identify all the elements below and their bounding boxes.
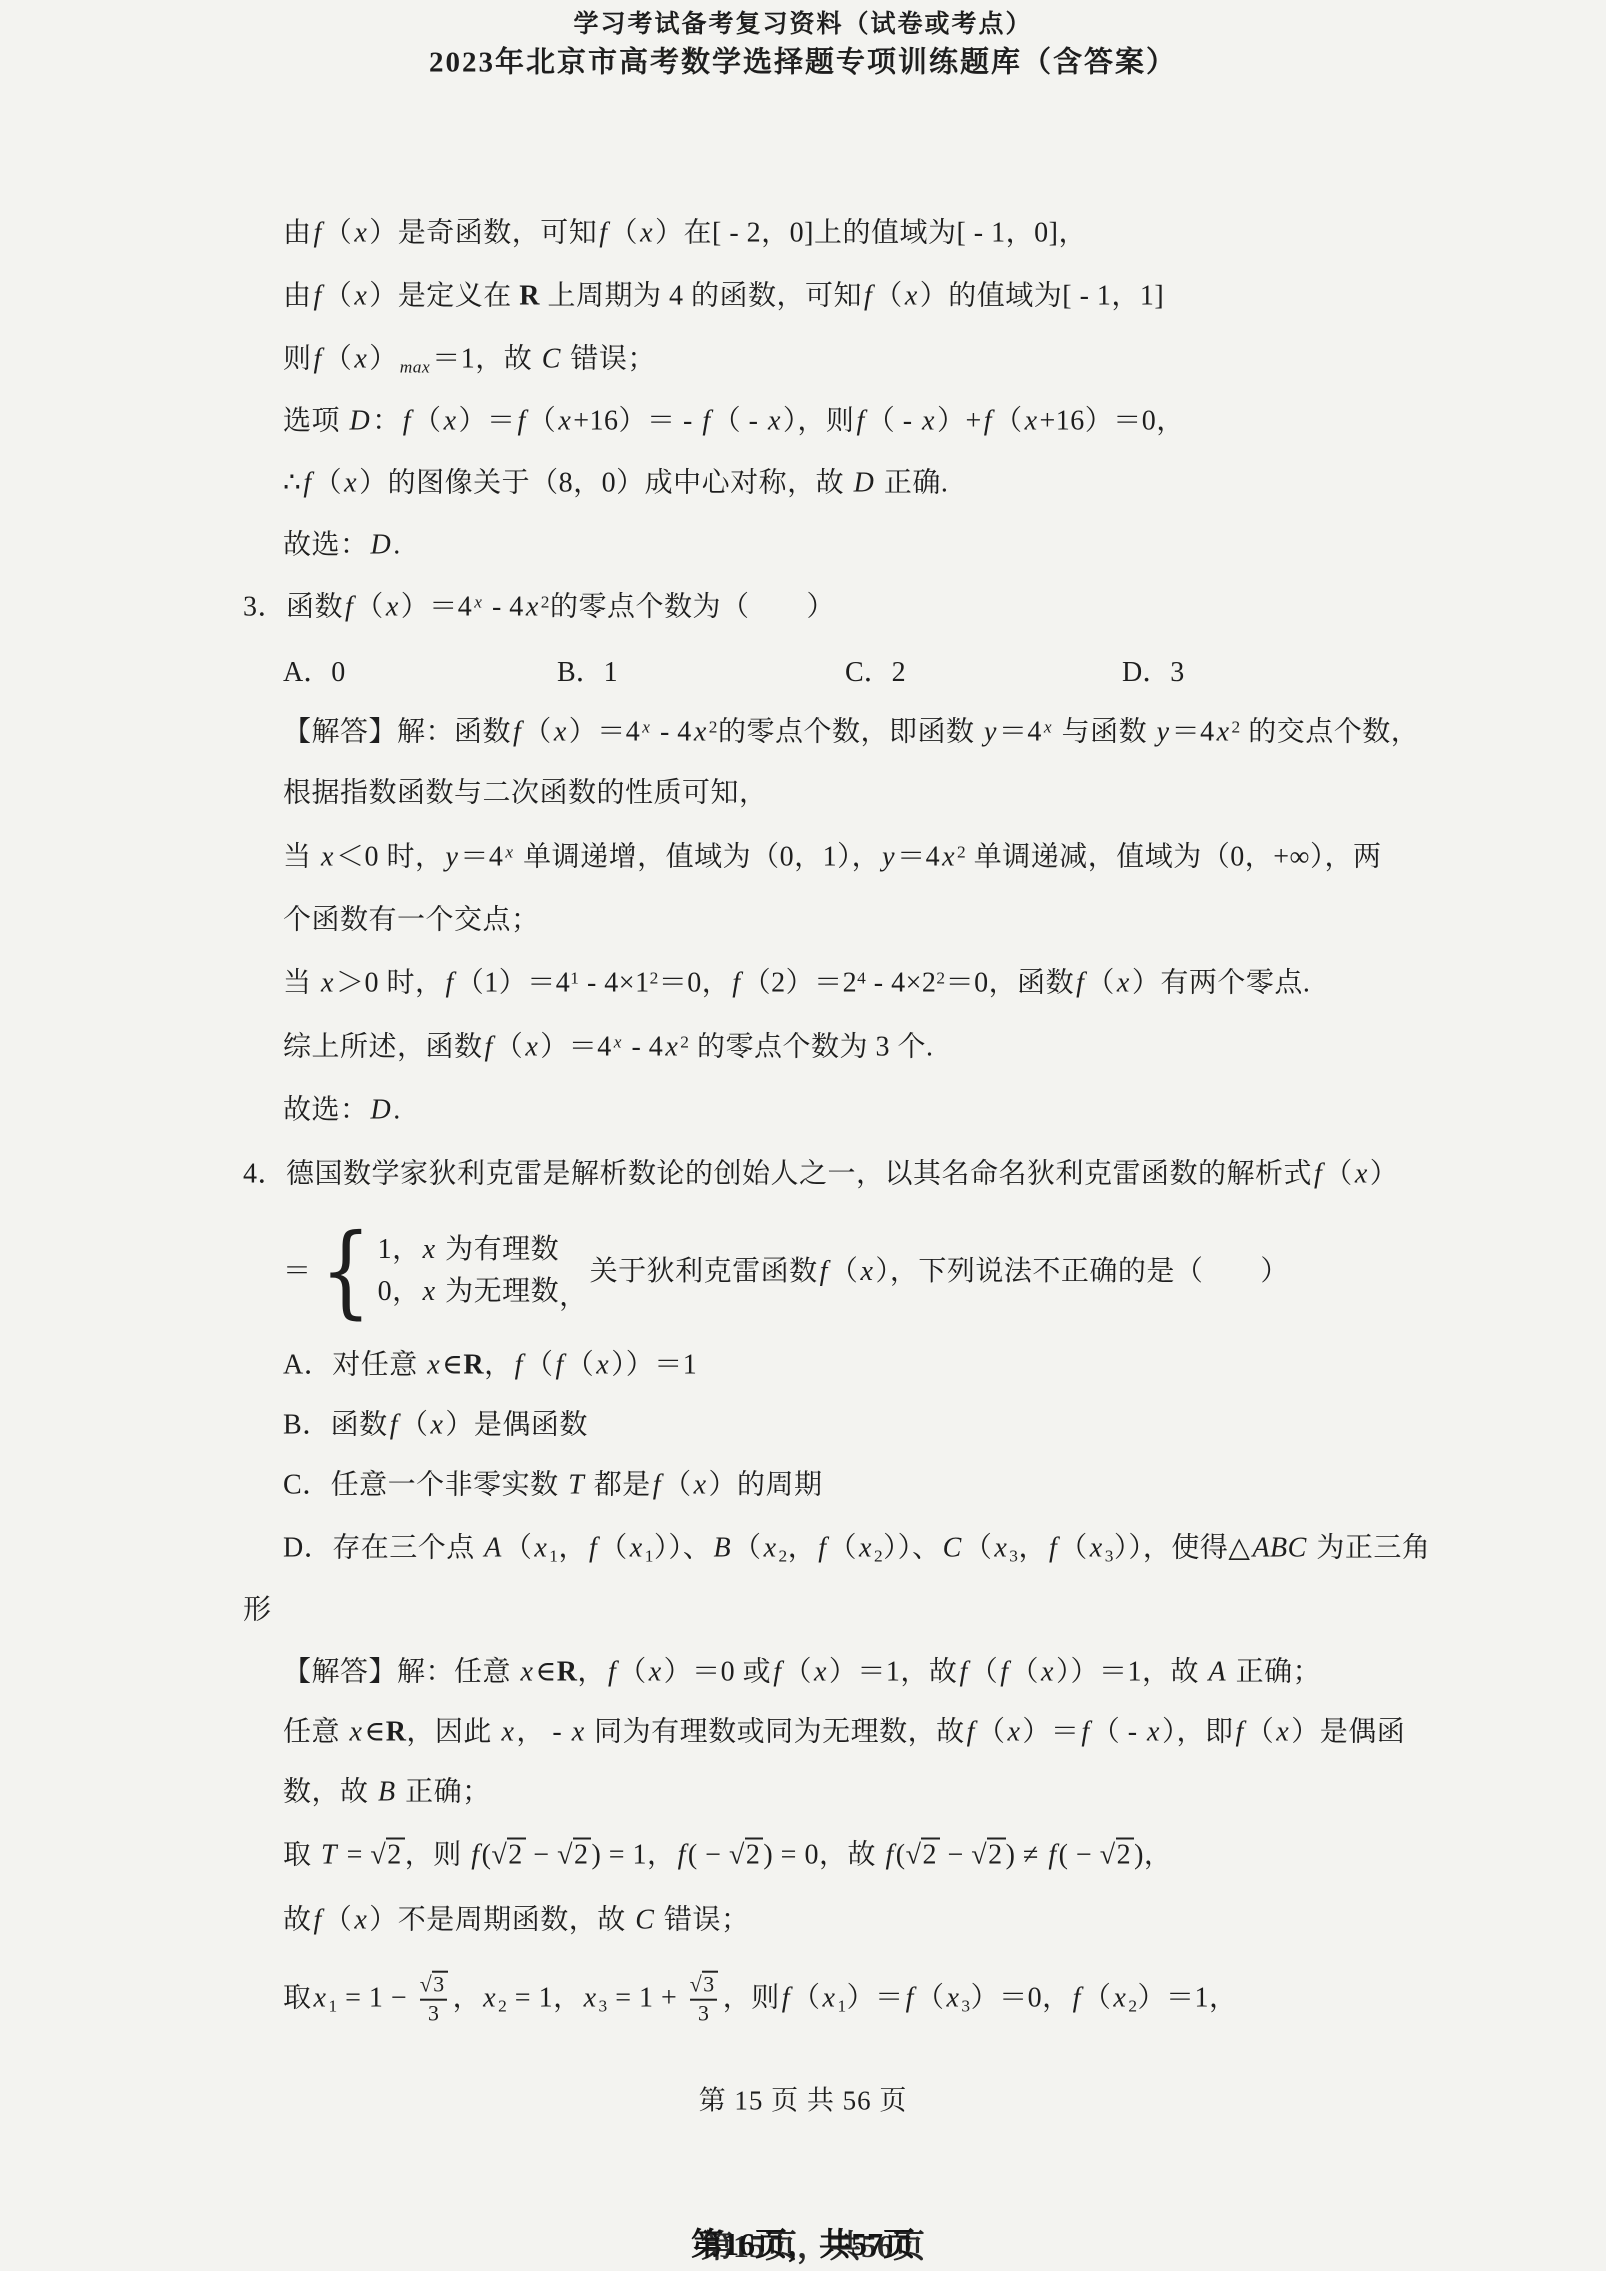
math-italic: f — [651, 1470, 663, 1501]
radicand: 3 — [432, 1971, 447, 1997]
math-italic: y — [982, 717, 999, 748]
fraction-denominator: 3 — [420, 1999, 447, 2028]
math-italic: D — [852, 468, 877, 499]
math-italic: ABC — [1250, 1533, 1308, 1564]
math-italic: x — [992, 1533, 1009, 1564]
solution3-line-5: 当 x＞0 时，f（1）＝41 - 4×12＝0，f（2）＝24 - 4×22＝… — [283, 963, 1310, 1004]
math-italic: f — [587, 1533, 599, 1564]
math-italic: x — [940, 842, 957, 873]
math-italic: C — [540, 344, 563, 375]
radicand: 2 — [1116, 1838, 1135, 1871]
overprinted-footer-text-b: 第15页，共56页 — [701, 2221, 925, 2267]
sqrt-radical: √2 — [971, 1838, 1005, 1871]
radicand: 2 — [573, 1838, 592, 1871]
radicand: 3 — [702, 1971, 717, 1997]
math-italic: f — [483, 1032, 495, 1063]
math-italic: x — [342, 468, 359, 499]
math-italic: x — [348, 1717, 365, 1748]
solution3-line-2: 根据指数函数与二次函数的性质可知， — [283, 773, 768, 814]
math-italic: D — [369, 530, 394, 561]
question-4: 4．德国数学家狄利克雷是解析数论的创始人之一，以其名命名狄利克雷函数的解析式f（… — [243, 1154, 1398, 1195]
fraction: √33 — [688, 1972, 720, 2029]
math-italic: f — [1047, 1533, 1059, 1564]
solution2-line-4: 选项 D：f（x）＝f（x+16）＝ - f（ - x），则f（ - x）+f（… — [283, 401, 1185, 442]
question-4-piecewise: ＝{1，x 为有理数0，x 为无理数，关于狄利克雷函数f（x），下列说法不正确的… — [283, 1221, 1289, 1321]
math-italic: f — [883, 1840, 895, 1871]
piecewise-lines: 1，x 为有理数0，x 为无理数 — [378, 1229, 559, 1313]
sqrt-radical: √2 — [491, 1838, 525, 1871]
solution3-answer: 故选：D. — [283, 1090, 401, 1131]
math-italic: f — [676, 1840, 688, 1871]
math-italic: f — [818, 1251, 830, 1292]
math-italic: f — [700, 406, 712, 437]
question-4-option-d: D．存在三个点 A（x1，f（x1））、B（x2，f（x2））、C（x3，f（x… — [283, 1528, 1430, 1569]
math-italic: x — [582, 1982, 599, 2013]
math-italic: x — [503, 843, 515, 862]
math-italic: x — [1145, 1717, 1162, 1748]
math-italic: x — [352, 218, 369, 249]
sqrt-radical: √2 — [557, 1838, 591, 1871]
option-d: D．3 — [1122, 650, 1184, 690]
header-line-2: 2023年北京市高考数学选择题专项训练题库（含答案） — [0, 40, 1606, 81]
math-italic: f — [443, 968, 455, 999]
math-italic: x — [903, 281, 920, 312]
math-italic: f — [965, 1717, 977, 1748]
page-body: 学习考试备考复习资料（试卷或考点） 2023年北京市高考数学选择题专项训练题库（… — [0, 0, 1606, 2271]
solution3-line-6: 综上所述，函数f（x）＝4x - 4x2 的零点个数为 3 个. — [283, 1027, 933, 1068]
math-italic: C — [633, 1905, 656, 1936]
math-italic: f — [1071, 1982, 1083, 2013]
math-italic: x — [1039, 1657, 1056, 1688]
math-italic: f — [904, 1982, 916, 2013]
page-number-footer: 第 15 页 共 56 页 — [0, 2079, 1606, 2118]
question-4-option-a: A．对任意 x∈R，f（f（x））＝1 — [283, 1345, 697, 1386]
math-italic: T — [566, 1470, 586, 1501]
math-italic: f — [301, 468, 313, 499]
math-italic: x — [421, 1276, 438, 1307]
math-italic: x — [766, 406, 783, 437]
math-italic: x — [499, 1717, 516, 1748]
math-italic: C — [941, 1533, 964, 1564]
math-italic: x — [532, 1533, 549, 1564]
math-italic: f — [513, 1350, 525, 1381]
math-italic: x — [692, 717, 709, 748]
math-italic: x — [425, 1350, 442, 1381]
math-italic: max — [398, 358, 432, 377]
math-italic: x — [821, 1982, 838, 2013]
math-italic: x — [1215, 717, 1232, 748]
solution2-line-2: 由f（x）是定义在 R 上周期为 4 的函数，可知f（x）的值域为[ - 1，1… — [283, 276, 1164, 317]
math-italic: A — [1206, 1657, 1228, 1688]
solution2-line-5: ∴f（x）的图像关于（8，0）成中心对称，故 D 正确. — [283, 463, 948, 504]
math-italic: f — [1074, 968, 1086, 999]
math-italic: f — [388, 1410, 400, 1441]
math-italic: f — [312, 218, 324, 249]
math-italic: f — [343, 592, 355, 623]
math-italic: f — [957, 1657, 969, 1688]
math-italic: x — [944, 1982, 961, 2013]
option-b: B．1 — [557, 650, 618, 690]
math-bold: R — [557, 1657, 578, 1688]
solution4-line-1: 【解答】解：任意 x∈R，f（x）＝0 或f（x）＝1，故f（f（x））＝1，故… — [283, 1652, 1321, 1693]
math-italic: x — [524, 592, 541, 623]
math-italic: x — [628, 1533, 645, 1564]
math-italic: A — [482, 1533, 504, 1564]
math-italic: x — [1353, 1159, 1370, 1190]
sqrt-radical: √2 — [1100, 1838, 1134, 1871]
math-italic: x — [570, 1717, 587, 1748]
math-italic: x — [352, 1905, 369, 1936]
solution2-answer: 故选：D. — [283, 525, 401, 566]
math-italic: x — [1005, 1717, 1022, 1748]
math-italic: x — [352, 281, 369, 312]
solution4-line-2: 任意 x∈R，因此 x， - x 同为有理数或同为无理数，故f（x）＝f（ - … — [283, 1712, 1405, 1753]
math-bold: R — [386, 1717, 407, 1748]
fraction-denominator: 3 — [690, 1999, 717, 2028]
math-italic: x — [1042, 718, 1054, 737]
math-italic: f — [516, 406, 528, 437]
math-italic: f — [606, 1657, 618, 1688]
sqrt-radical: √2 — [729, 1838, 763, 1871]
piecewise-case: 1，x 为有理数 — [378, 1229, 559, 1271]
fraction: √33 — [418, 1972, 450, 2029]
math-italic: B — [376, 1777, 398, 1808]
piecewise-block: {1，x 为有理数0，x 为无理数， — [314, 1221, 588, 1321]
math-bold: R — [519, 281, 540, 312]
math-italic: x — [481, 1982, 498, 2013]
math-italic: x — [858, 1251, 875, 1292]
math-italic: y — [1155, 717, 1172, 748]
question-4-option-d-wrap: 形 — [243, 1590, 272, 1631]
question-4-option-b: B．函数f（x）是偶函数 — [283, 1405, 588, 1446]
question-4-option-c: C．任意一个非零实数 T 都是f（x）的周期 — [283, 1465, 823, 1506]
math-italic: f — [816, 1533, 828, 1564]
solution4-line-4: 取 T = √2，则 f(√2 − √2) = 1，f( − √2) = 0，故… — [283, 1835, 1172, 1876]
math-italic: x — [612, 1033, 624, 1052]
math-italic: B — [711, 1533, 733, 1564]
math-italic: x — [442, 406, 459, 437]
brace-icon: { — [320, 1221, 371, 1321]
sqrt-radical: √2 — [370, 1838, 404, 1871]
math-italic: x — [312, 1982, 329, 2013]
math-italic: x — [523, 1032, 540, 1063]
math-italic: x — [857, 1533, 874, 1564]
solution2-line-1: 由f（x）是奇函数，可知f（x）在[ - 2，0]上的值域为[ - 1，0]， — [283, 213, 1087, 254]
math-italic: D — [369, 1095, 394, 1126]
math-italic: f — [597, 218, 609, 249]
math-italic: x — [640, 718, 652, 737]
math-italic: x — [647, 1657, 664, 1688]
math-italic: x — [319, 842, 336, 873]
low-comma: ， — [559, 1276, 588, 1321]
math-italic: x — [556, 406, 573, 437]
radicand: 2 — [921, 1838, 940, 1871]
math-italic: x — [384, 592, 401, 623]
math-italic: f — [730, 968, 742, 999]
math-italic: x — [1115, 968, 1132, 999]
math-italic: x — [638, 218, 655, 249]
math-italic: x — [1111, 1982, 1128, 2013]
option-c: C．2 — [845, 650, 906, 690]
document-page: { "page": { "bg": "#f3f3f0", "text_color… — [0, 0, 1606, 2271]
math-italic: x — [421, 1234, 438, 1265]
math-italic: f — [401, 406, 413, 437]
solution4-line-6: 取x1 = 1 − √33，x2 = 1，x3 = 1 + √33，则f（x1）… — [283, 1972, 1238, 2029]
math-italic: x — [692, 1470, 709, 1501]
math-italic: x — [1023, 406, 1040, 437]
math-italic: f — [780, 1982, 792, 2013]
math-italic: x — [663, 1032, 680, 1063]
math-italic: x — [519, 1657, 536, 1688]
math-italic: f — [553, 1350, 565, 1381]
solution3-line-4: 个函数有一个交点； — [283, 900, 540, 941]
math-italic: f — [854, 406, 866, 437]
math-italic: y — [880, 842, 897, 873]
math-italic: x — [352, 344, 369, 375]
math-italic: x — [1088, 1533, 1105, 1564]
sqrt-radical: √2 — [906, 1838, 940, 1871]
solution2-line-3: 则f（x）max＝1，故 C 错误； — [283, 339, 656, 380]
math-italic: f — [982, 406, 994, 437]
math-italic: x — [920, 406, 937, 437]
solution3-line-3: 当 x＜0 时，y＝4x 单调递增，值域为（0，1），y＝4x2 单调递减，值域… — [283, 837, 1382, 878]
math-italic: f — [1079, 1717, 1091, 1748]
math-italic: x — [762, 1533, 779, 1564]
math-italic: f — [771, 1657, 783, 1688]
fraction-numerator: √3 — [418, 1972, 450, 1999]
math-italic: f — [312, 344, 324, 375]
math-italic: D — [348, 406, 373, 437]
header-line-1: 学习考试备考复习资料（试卷或考点） — [0, 4, 1606, 40]
math-italic: f — [511, 717, 523, 748]
math-italic: x — [1274, 1717, 1291, 1748]
solution4-line-3: 数，故 B 正确； — [283, 1772, 491, 1813]
radicand: 2 — [386, 1838, 405, 1871]
math-italic: f — [312, 281, 324, 312]
math-italic: x — [812, 1657, 829, 1688]
math-italic: x — [472, 593, 484, 612]
math-italic: f — [312, 1905, 324, 1936]
math-italic: x — [428, 1410, 445, 1441]
math-italic: x — [319, 968, 336, 999]
math-italic: T — [319, 1840, 339, 1871]
piecewise-case: 0，x 为无理数 — [378, 1271, 559, 1313]
radicand: 2 — [745, 1838, 764, 1871]
math-bold: R — [463, 1350, 484, 1381]
radicand: 2 — [507, 1838, 526, 1871]
solution4-line-5: 故f（x）不是周期函数，故 C 错误； — [283, 1900, 749, 1941]
math-italic: f — [469, 1840, 481, 1871]
math-italic: y — [443, 842, 460, 873]
fraction-numerator: √3 — [688, 1972, 720, 1999]
math-italic: x — [552, 717, 569, 748]
math-italic: f — [1312, 1159, 1324, 1190]
math-italic: f — [998, 1657, 1010, 1688]
math-italic: f — [1233, 1717, 1245, 1748]
option-a: A．0 — [283, 650, 345, 690]
radicand: 2 — [987, 1838, 1006, 1871]
question-3: 3．函数f（x）＝4x - 4x2的零点个数为（ ） — [243, 587, 835, 628]
math-italic: x — [594, 1350, 611, 1381]
math-italic: f — [1046, 1840, 1058, 1871]
math-italic: f — [862, 281, 874, 312]
solution3-line-1: 【解答】解：函数f（x）＝4x - 4x2的零点个数，即函数 y＝4x 与函数 … — [283, 712, 1419, 753]
